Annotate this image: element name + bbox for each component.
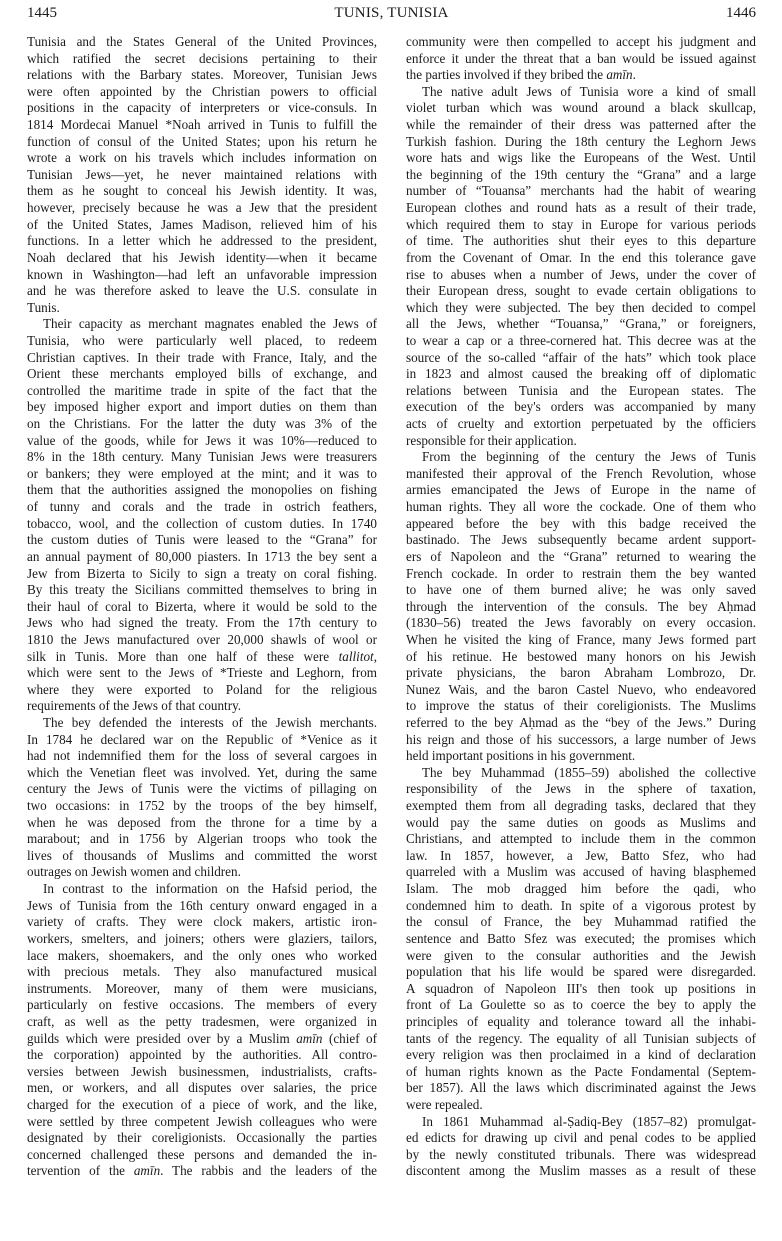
- text-line: responsible for their application.: [406, 433, 756, 450]
- text-line: would pay the same duties on goods as Mu…: [406, 815, 756, 832]
- text-line: wore hats and wigs like the Europeans of…: [406, 150, 756, 167]
- text-line: source of the so-called “affair of the h…: [406, 350, 756, 367]
- text-line: relations between Tunisia and the Europe…: [406, 383, 756, 400]
- text-line: By this treaty the Sicilians committed t…: [27, 582, 377, 599]
- text-line: 8% in the 18th century. Many Tunisian Je…: [27, 449, 377, 466]
- text-line: all the Jews, whether “Touansa,” “Grana,…: [406, 316, 756, 333]
- text-line: were often appointed by the Christian po…: [27, 84, 377, 101]
- text-line: armies emancipated the Jews of Europe in…: [406, 482, 756, 499]
- text-line: from the Covenant of Omar. In the end th…: [406, 250, 756, 267]
- text-line: Nunez Wais, and the baron Castel Nuevo, …: [406, 682, 756, 699]
- text-line: workers, smelters, and joiners; others w…: [27, 931, 377, 948]
- text-line: population that his life would be spared…: [406, 964, 756, 981]
- text-line: on the Christians. For the latter the du…: [27, 416, 377, 433]
- text-line: with precious metals. They also manufact…: [27, 964, 377, 981]
- text-line: or bankers; they were employed at the mi…: [27, 466, 377, 483]
- page-number-right: 1446: [726, 3, 756, 23]
- text-line: outrages on Jewish women and children.: [27, 864, 377, 881]
- text-line: when he was deposed from the throne for …: [27, 815, 377, 832]
- text-line: front of La Goulette so as to coerce the…: [406, 997, 756, 1014]
- text-line: marabout; and in 1756 by Algerian troops…: [27, 831, 377, 848]
- text-line: Turkish fashion. During the 18th century…: [406, 134, 756, 151]
- text-line: Noah declared that his Jewish identity—w…: [27, 250, 377, 267]
- text-line: the beginning of the 19th century the “G…: [406, 167, 756, 184]
- text-line: wrote a work on his travels which includ…: [27, 150, 377, 167]
- text-line: number of “Touansa” merchants had the ha…: [406, 183, 756, 200]
- text-line: every religion was then proclaimed in a …: [406, 1047, 756, 1064]
- text-line: violet turban which was wound around a b…: [406, 100, 756, 117]
- text-line: bey imposed higher export and import dut…: [27, 399, 377, 416]
- text-line: particularly on festive occasions. The m…: [27, 997, 377, 1014]
- text-line: to improve the status of their coreligio…: [406, 698, 756, 715]
- text-line: which were sent to the Jews of *Trieste …: [27, 665, 377, 682]
- text-line: ers of Napoleon and the “Grana” returned…: [406, 549, 756, 566]
- text-line: to wear a cap or a three-cornered hat. T…: [406, 333, 756, 350]
- text-line: instruments. Moreover, many of them were…: [27, 981, 377, 998]
- text-line: Tunis.: [27, 300, 377, 317]
- text-line: craft, as well as the petty tradesmen, w…: [27, 1014, 377, 1031]
- text-line: In contrast to the information on the Ha…: [27, 881, 377, 898]
- text-line: concerned challenged these persons and d…: [27, 1147, 377, 1164]
- text-line: Jews who had signed the treaty. From the…: [27, 615, 377, 632]
- text-line: value of the goods, while for Jews it wa…: [27, 433, 377, 450]
- text-line: European clothes and round hats as a res…: [406, 200, 756, 217]
- text-line: tobacco, wool, and the collection of cus…: [27, 516, 377, 533]
- running-title: TUNIS, TUNISIA: [27, 3, 756, 23]
- text-line: them that the authorities assigned the m…: [27, 482, 377, 499]
- text-line: 1810 the Jews manufactured over 20,000 s…: [27, 632, 377, 649]
- text-line: held important positions in his governme…: [406, 748, 756, 765]
- text-line: of human rights known as the Pacte Fonda…: [406, 1064, 756, 1081]
- text-line: the consul of France, the bey Muhammad r…: [406, 914, 756, 931]
- text-line: lives of thousands of Muslims and commit…: [27, 848, 377, 865]
- text-line: them as he sought to conceal his Jewish …: [27, 183, 377, 200]
- text-line: which they were subjected. The bey then …: [406, 300, 756, 317]
- text-line: A squadron of Napoleon III's then took u…: [406, 981, 756, 998]
- running-header: 1445 TUNIS, TUNISIA 1446: [27, 3, 756, 23]
- text-line: century the Jews of Tunis were the victi…: [27, 781, 377, 798]
- text-line: known in Washington—had left an unfavora…: [27, 267, 377, 284]
- text-line: their European dress, sought to evade ce…: [406, 283, 756, 300]
- text-line: while the remainder of their dress was p…: [406, 117, 756, 134]
- text-line: Tunisia, who were particularly well plac…: [27, 333, 377, 350]
- text-line: French cockade. In order to restrain the…: [406, 566, 756, 583]
- text-line: and he was therefore asked to leave the …: [27, 283, 377, 300]
- text-line: The bey Muhammad (1855–59) abolished the…: [406, 765, 756, 782]
- text-line: Orient these merchants employed bills of…: [27, 366, 377, 383]
- text-line: Tunisian Jews—yet, he never maintained r…: [27, 167, 377, 184]
- text-line: requirements of the Jews of that country…: [27, 698, 377, 715]
- text-line: the custom duties of Tunis were leased t…: [27, 532, 377, 549]
- text-line: lace makers, shoemakers, and the only on…: [27, 948, 377, 965]
- text-line: human rights. They all wore the cockade.…: [406, 499, 756, 516]
- text-line: The bey defended the interests of the Je…: [27, 715, 377, 732]
- text-line: men, or workers, and all disputes over s…: [27, 1080, 377, 1097]
- text-line: an annual payment of 80,000 piasters. In…: [27, 549, 377, 566]
- text-line: sentence and Batto Sfez was executed; th…: [406, 931, 756, 948]
- text-line: charged for the execution of a piece of …: [27, 1097, 377, 1114]
- text-line: responsibility of the Jews in the sphere…: [406, 781, 756, 798]
- text-line: tervention of the amīn. The rabbis and t…: [27, 1163, 377, 1180]
- text-line: From the beginning of the century the Je…: [406, 449, 756, 466]
- text-line: of the United States, James Madison, rel…: [27, 217, 377, 234]
- text-line: controlled the maritime trade in spite o…: [27, 383, 377, 400]
- text-line: condemned him to death. In spite of a vi…: [406, 898, 756, 915]
- text-line: law. In 1857, however, a Jew, Batto Sfez…: [406, 848, 756, 865]
- text-line: of tunny and corals and the trade in ost…: [27, 499, 377, 516]
- text-line: silk in Tunis. More than one half of the…: [27, 649, 377, 666]
- text-line: execution of the bey's orders was accomp…: [406, 399, 756, 416]
- text-line: in 1823 and almost caused the breaking o…: [406, 366, 756, 383]
- text-line: function of consul of the United States;…: [27, 134, 377, 151]
- text-line: Christians, and attempted to include the…: [406, 831, 756, 848]
- text-line: When he visited the king of France, many…: [406, 632, 756, 649]
- text-line: functions. In a letter which he addresse…: [27, 233, 377, 250]
- text-line: tants of the regency. The equality of al…: [406, 1031, 756, 1048]
- text-line: the corporation) appointed by the author…: [27, 1047, 377, 1064]
- text-line: The native adult Jews of Tunisia wore a …: [406, 84, 756, 101]
- text-line: community were then compelled to accept …: [406, 34, 756, 51]
- text-line: which required them to stay in Europe fo…: [406, 217, 756, 234]
- text-line: In 1861 Muhammad al-Ṣadiq-Bey (1857–82) …: [406, 1114, 756, 1131]
- text-line: referred to the bey Aḥmad as the “bey of…: [406, 715, 756, 732]
- text-line: designated by their coreligionists. Occa…: [27, 1130, 377, 1147]
- text-line: Their capacity as merchant magnates enab…: [27, 316, 377, 333]
- text-line: acts of cruelty and extortion perpetuate…: [406, 416, 756, 433]
- text-line: ed edicts for drawing up civil and penal…: [406, 1130, 756, 1147]
- text-line: (1830–56) treated the Jews favorably on …: [406, 615, 756, 632]
- text-line: of time. The authorities shut their eyes…: [406, 233, 756, 250]
- text-line: through the intervention of the consuls.…: [406, 599, 756, 616]
- text-line: In 1784 he declared war on the Republic …: [27, 732, 377, 749]
- text-line: principles of equality and tolerance tow…: [406, 1014, 756, 1031]
- right-column: community were then compelled to accept …: [406, 34, 756, 1180]
- text-line: his reign and those of his successors, a…: [406, 732, 756, 749]
- text-line: private physicians, the baron Abraham Lo…: [406, 665, 756, 682]
- text-line: Tunisia and the States General of the Un…: [27, 34, 377, 51]
- text-line: by the newly constituted tribunals. Ther…: [406, 1147, 756, 1164]
- text-line: were settled by three competent Jewish c…: [27, 1114, 377, 1131]
- text-line: relations with the Barbary states. Moreo…: [27, 67, 377, 84]
- text-line: discontent among the Muslim masses as a …: [406, 1163, 756, 1180]
- text-line: manifested their approval of the French …: [406, 466, 756, 483]
- text-line: Christian captives. In their trade with …: [27, 350, 377, 367]
- text-line: two occasions: in 1752 by the troops of …: [27, 798, 377, 815]
- text-line: positions in the capacity of interpreter…: [27, 100, 377, 117]
- text-line: were repealed.: [406, 1097, 756, 1114]
- text-line: which the Venetian fleet was involved. Y…: [27, 765, 377, 782]
- text-line: quarreled with a Muslim was accused of h…: [406, 864, 756, 881]
- text-line: variety of crafts. They were clock maker…: [27, 914, 377, 931]
- text-line: their haul of coral to Bizerta, where it…: [27, 599, 377, 616]
- text-line: of his retinue. He bestowed many honors …: [406, 649, 756, 666]
- text-line: Jew from Bizerta to Sicily to sign a tre…: [27, 566, 377, 583]
- text-line: versies between Jewish businessmen, indu…: [27, 1064, 377, 1081]
- text-line: were given to the consular authorities a…: [406, 948, 756, 965]
- left-column: Tunisia and the States General of the Un…: [27, 34, 377, 1180]
- text-line: 1814 Mordecai Manuel *Noah arrived in Tu…: [27, 117, 377, 134]
- text-line: appeared before the bey with this badge …: [406, 516, 756, 533]
- text-line: Jews of Tunisia from the 16th century on…: [27, 898, 377, 915]
- text-line: exempted them from all degrading tasks, …: [406, 798, 756, 815]
- text-line: where they were exported to Poland for t…: [27, 682, 377, 699]
- text-line: to have one of them burned alive; he was…: [406, 582, 756, 599]
- text-line: the parties involved if they bribed the …: [406, 67, 756, 84]
- text-line: rise to abuses when a number of Jews, un…: [406, 267, 756, 284]
- text-line: Islam. The mob dragged him before the qa…: [406, 881, 756, 898]
- text-line: enforce it under the threat that a ban w…: [406, 51, 756, 68]
- text-line: however, precisely because he was a Jew …: [27, 200, 377, 217]
- text-line: guilds which were presided over by a Mus…: [27, 1031, 377, 1048]
- text-line: had not indemnified them for the loss of…: [27, 748, 377, 765]
- text-line: ber 1857). All the laws which discrimina…: [406, 1080, 756, 1097]
- text-line: bastinado. The Jews subsequently became …: [406, 532, 756, 549]
- text-line: which ratified the secret decisions pert…: [27, 51, 377, 68]
